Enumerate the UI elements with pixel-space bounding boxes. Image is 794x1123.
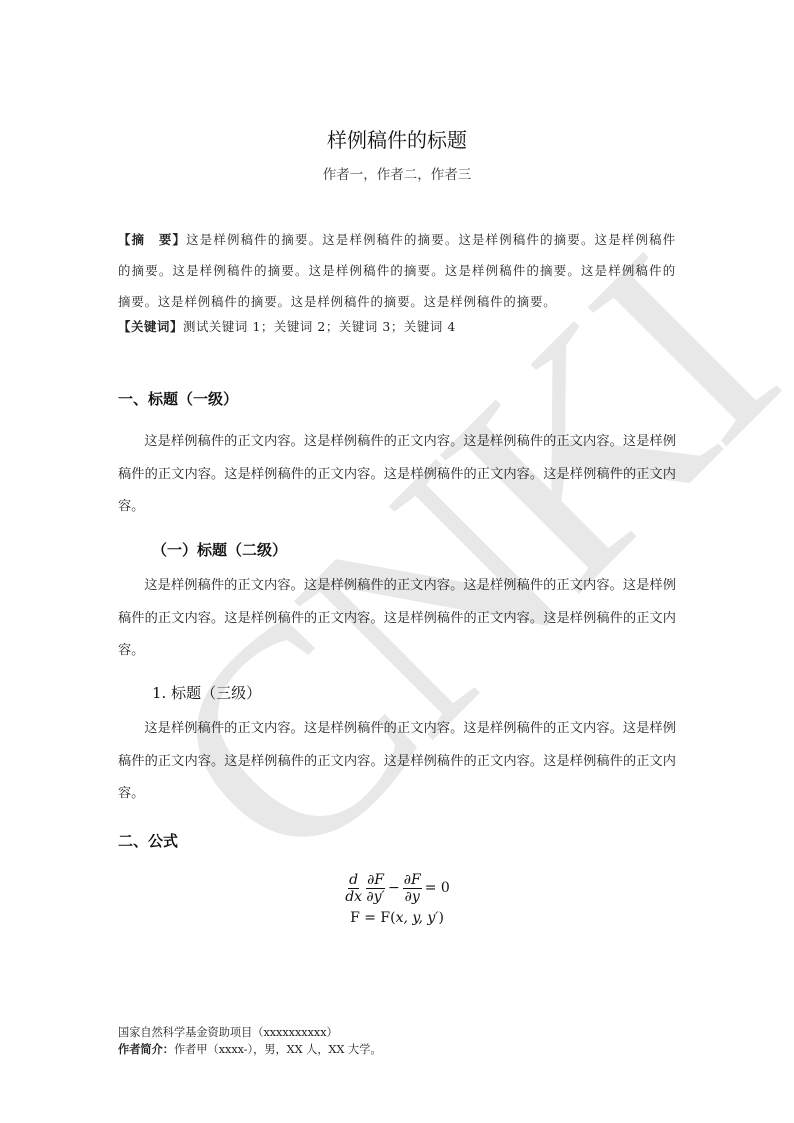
numerator: d xyxy=(348,872,359,889)
numerator: ∂F xyxy=(403,872,422,889)
numerator: ∂F xyxy=(366,872,385,889)
denominator: dx xyxy=(345,889,362,905)
abstract-text: 这是样例稿件的摘要。这是样例稿件的摘要。这是样例稿件的摘要。这是样例稿件的摘要。… xyxy=(118,232,676,309)
section-body: 这是样例稿件的正文内容。这是样例稿件的正文内容。这是样例稿件的正文内容。这是样例… xyxy=(118,713,676,811)
heading-number: 1. xyxy=(152,684,166,702)
heading-text: 标题（三级） xyxy=(171,684,261,702)
keywords-text: 测试关键词 1；关键词 2；关键词 3；关键词 4 xyxy=(183,319,456,334)
author-bio-label: 作者简介： xyxy=(118,1043,174,1056)
formula-block: d dx ∂F ∂y′ − ∂F ∂y = 0 F = F(x, y, y′) xyxy=(0,870,794,926)
section-body: 这是样例稿件的正文内容。这是样例稿件的正文内容。这是样例稿件的正文内容。这是样例… xyxy=(118,426,676,524)
section-heading-level1: 一、标题（一级） xyxy=(118,388,238,409)
abstract-label: 【摘 要】 xyxy=(118,232,186,247)
denominator: ∂y xyxy=(405,889,420,905)
paper-authors: 作者一，作者二，作者三 xyxy=(0,163,794,183)
paper-title: 样例稿件的标题 xyxy=(0,124,794,153)
section-heading-level1: 二、公式 xyxy=(118,830,178,851)
author-bio-text: 作者甲（xxxx-），男，XX 人，XX 大学。 xyxy=(174,1043,382,1056)
minus-sign: − xyxy=(388,880,400,896)
fraction: ∂F ∂y xyxy=(403,872,422,905)
footnote: 国家自然科学基金资助项目（xxxxxxxxxx） 作者简介：作者甲（xxxx-）… xyxy=(118,1024,382,1058)
section-heading-level2: （一）标题（二级） xyxy=(152,539,287,560)
section-body: 这是样例稿件的正文内容。这是样例稿件的正文内容。这是样例稿件的正文内容。这是样例… xyxy=(118,570,676,668)
fraction: ∂F ∂y′ xyxy=(366,872,385,905)
fund-note: 国家自然科学基金资助项目（xxxxxxxxxx） xyxy=(118,1024,382,1041)
equation-args: x, y, y′ xyxy=(396,910,439,926)
function-definition: F = F(x, y, y′) xyxy=(0,910,794,926)
equation-rhs: = 0 xyxy=(425,880,450,896)
denominator: ∂y′ xyxy=(366,889,384,905)
fraction: d dx xyxy=(345,872,362,905)
author-bio: 作者简介：作者甲（xxxx-），男，XX 人，XX 大学。 xyxy=(118,1041,382,1058)
paper-page: 样例稿件的标题 作者一，作者二，作者三 【摘 要】这是样例稿件的摘要。这是样例稿… xyxy=(0,0,794,1123)
euler-lagrange-equation: d dx ∂F ∂y′ − ∂F ∂y = 0 xyxy=(0,870,794,906)
section-heading-level3: 1. 标题（三级） xyxy=(152,682,261,703)
equation-close: ) xyxy=(438,910,443,926)
equation-lhs: F = F( xyxy=(350,910,396,926)
keywords: 【关键词】测试关键词 1；关键词 2；关键词 3；关键词 4 xyxy=(118,317,456,335)
keywords-label: 【关键词】 xyxy=(118,319,183,334)
abstract: 【摘 要】这是样例稿件的摘要。这是样例稿件的摘要。这是样例稿件的摘要。这是样例稿… xyxy=(118,224,676,317)
